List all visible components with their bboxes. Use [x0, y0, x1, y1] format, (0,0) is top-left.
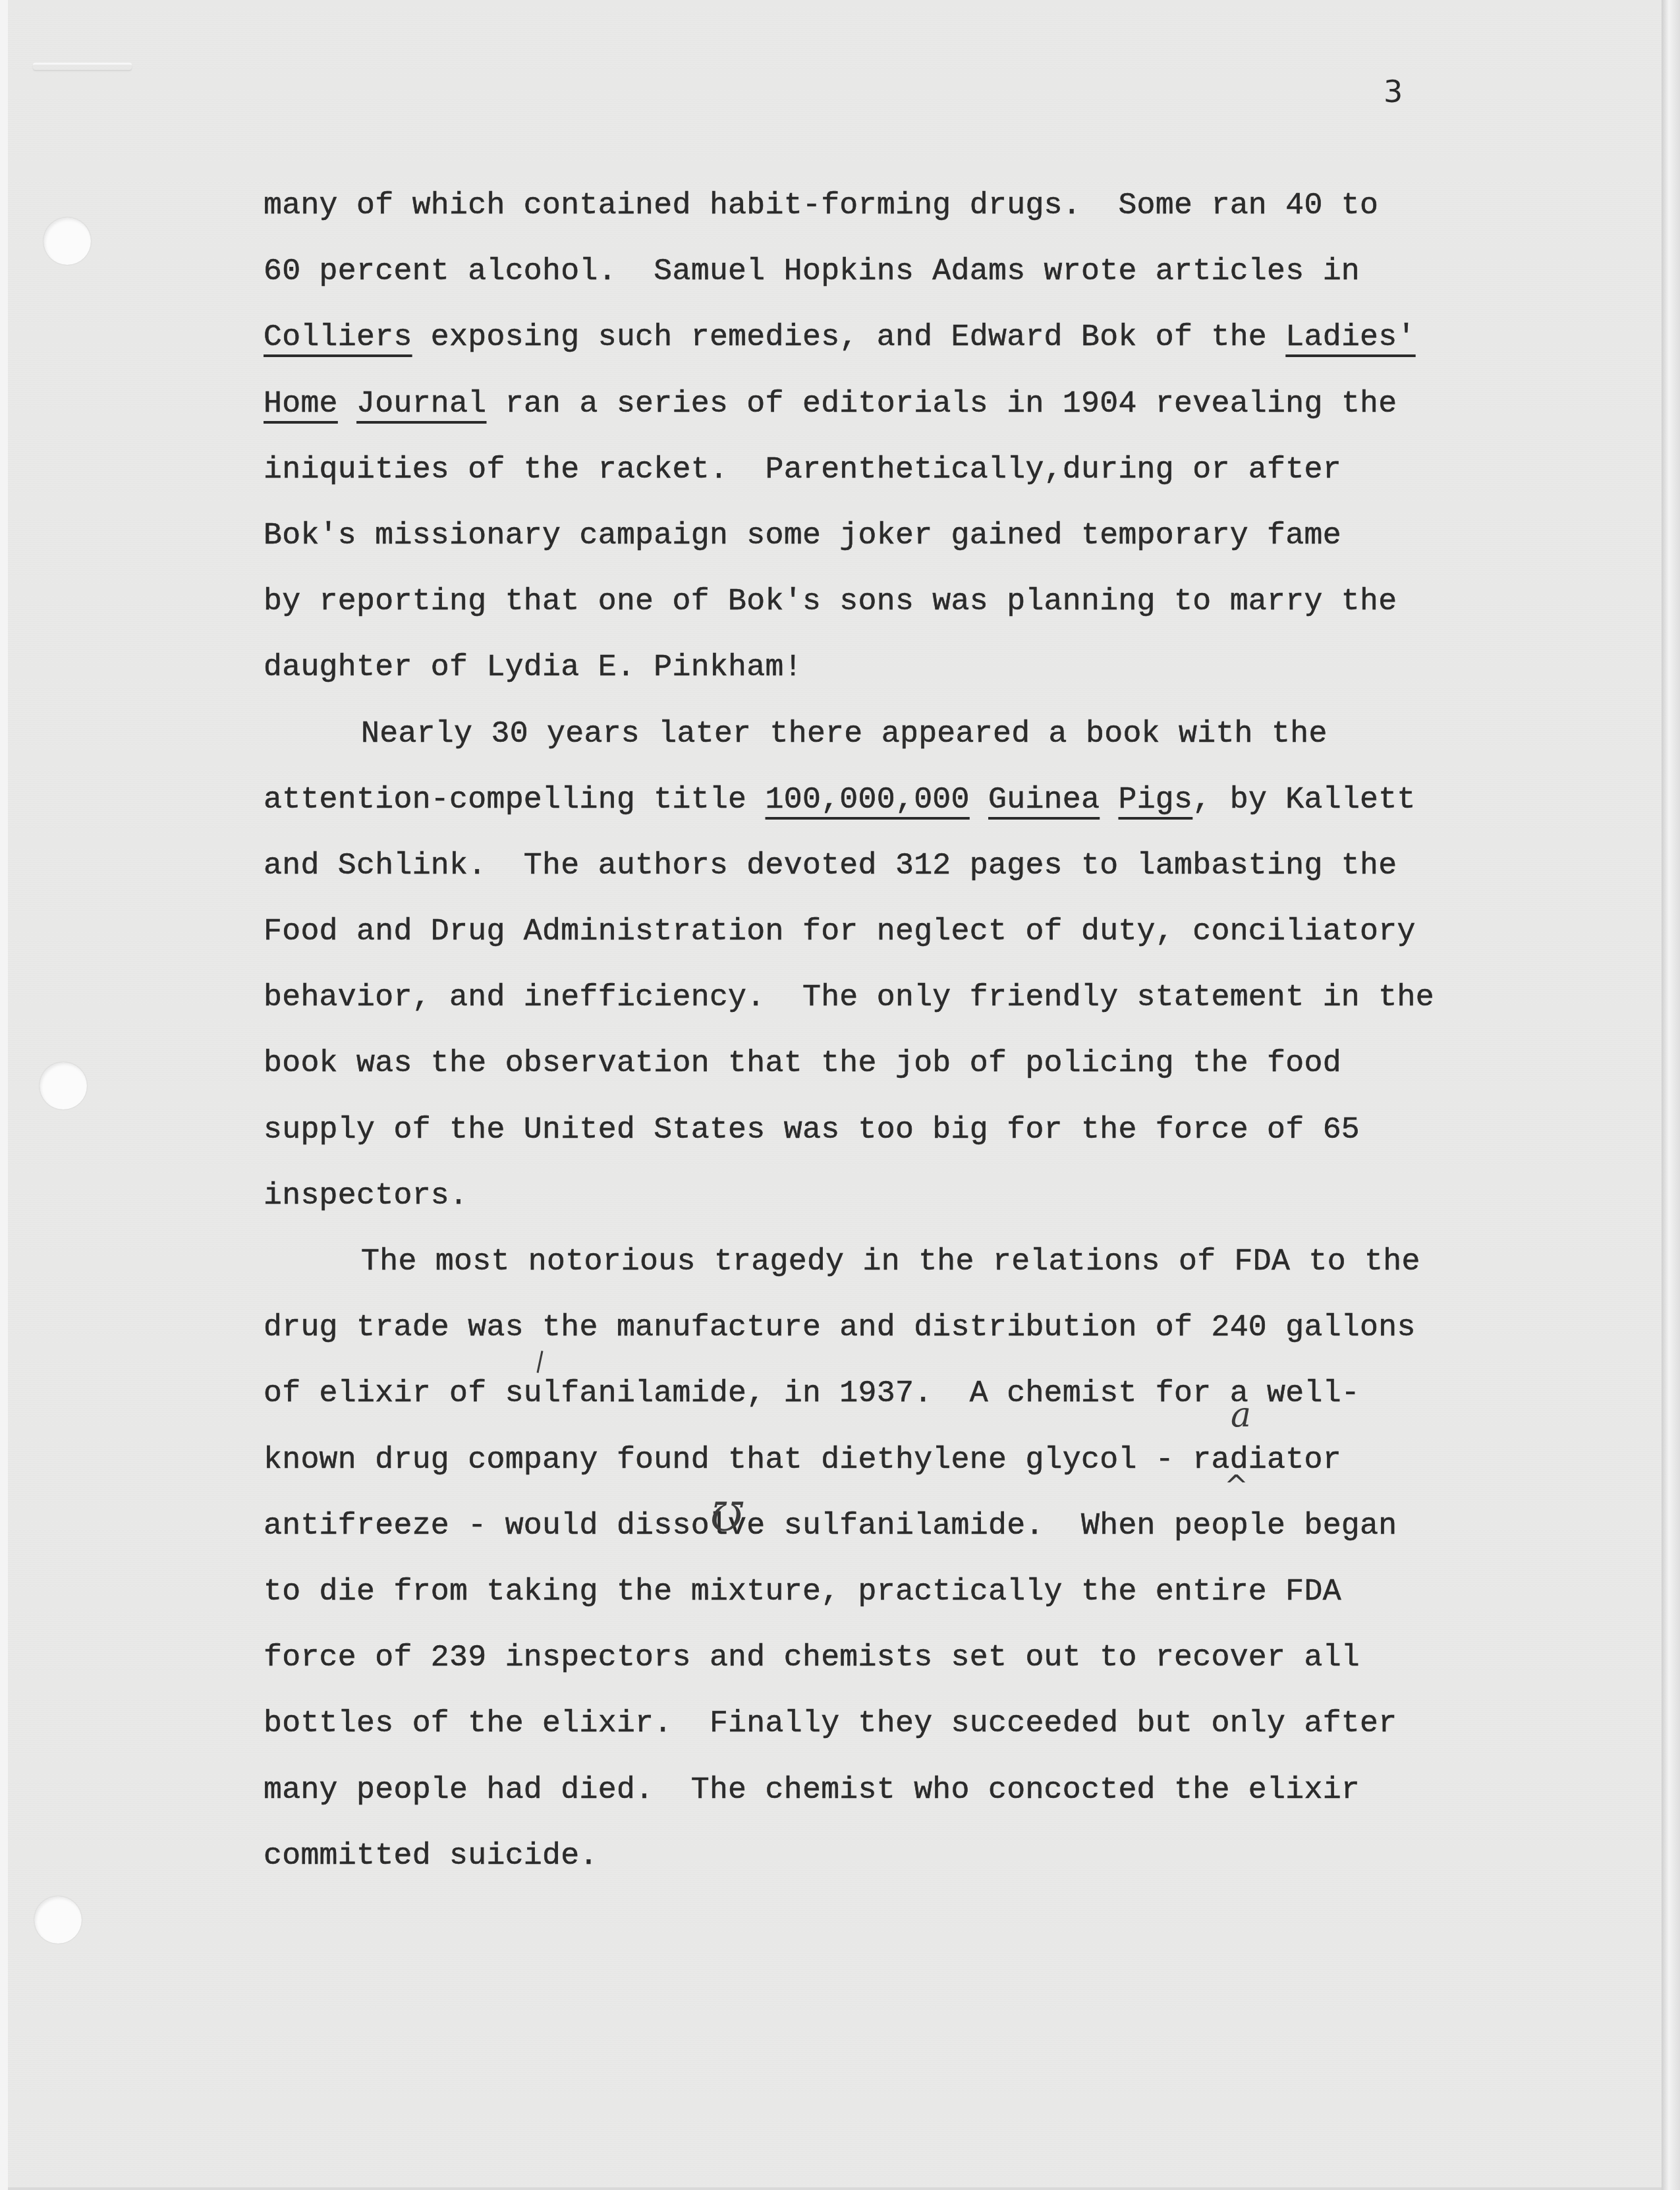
- text-line: force of 239 inspectors and chemists set…: [264, 1625, 1515, 1691]
- text-line: 60 percent alcohol. Samuel Hopkins Adams…: [264, 239, 1515, 304]
- text-segment: attention-compelling title: [264, 782, 766, 817]
- text-segment: [338, 386, 356, 421]
- underlined-title: Home: [264, 386, 338, 421]
- text-line: many people had died. The chemist who co…: [264, 1757, 1515, 1823]
- underlined-title: Pigs: [1118, 782, 1192, 817]
- punch-hole-middle: [40, 1062, 87, 1109]
- handwritten-transposition-loop: ℧: [710, 1494, 743, 1540]
- text-line: iniquities of the racket. Parentheticall…: [264, 437, 1515, 503]
- document-page: 3 many of which contained habit-forming …: [0, 0, 1662, 2187]
- page-number: 3: [1384, 74, 1403, 109]
- text-line: Bok's missionary campaign some joker gai…: [264, 503, 1515, 569]
- text-line: Home Journal ran a series of editorials …: [264, 371, 1515, 437]
- text-line: of elixir of sulfanilamide, in 1937. A c…: [264, 1361, 1515, 1426]
- text-line: antifreeze - would dissolve sulfanilamid…: [264, 1493, 1515, 1559]
- text-line: known drug company found that diethylene…: [264, 1427, 1515, 1493]
- paragraph: many of which contained habit-forming dr…: [264, 173, 1515, 701]
- text-segment: ran a series of editorials in 1904 revea…: [486, 386, 1397, 421]
- text-line: book was the observation that the job of…: [264, 1030, 1515, 1096]
- text-line: daughter of Lydia E. Pinkham!: [264, 634, 1515, 700]
- text-line: drug trade was the manufacture and distr…: [264, 1295, 1515, 1361]
- handwritten-inserted-a: a: [1231, 1395, 1251, 1435]
- text-line: The most notorious tragedy in the relati…: [264, 1229, 1515, 1295]
- typed-body-text: many of which contained habit-forming dr…: [264, 173, 1515, 1889]
- underlined-title: Journal: [356, 386, 486, 421]
- text-segment: [970, 782, 988, 817]
- text-line: to die from taking the mixture, practica…: [264, 1559, 1515, 1625]
- text-segment: [1100, 782, 1118, 817]
- text-line: committed suicide.: [264, 1823, 1515, 1889]
- text-line: behavior, and inefficiency. The only fri…: [264, 965, 1515, 1030]
- text-line: Nearly 30 years later there appeared a b…: [264, 701, 1515, 767]
- text-segment: , by Kallett: [1192, 782, 1415, 817]
- punch-hole-top: [43, 217, 91, 265]
- page-right-edge: [1662, 0, 1680, 2190]
- text-line: Colliers exposing such remedies, and Edw…: [264, 304, 1515, 370]
- text-line: attention-compelling title 100,000,000 G…: [264, 767, 1515, 833]
- staple-mark: [33, 63, 132, 70]
- punch-hole-bottom: [34, 1896, 82, 1944]
- text-line: inspectors.: [264, 1163, 1515, 1229]
- underlined-title: Colliers: [264, 320, 412, 354]
- text-line: bottles of the elixir. Finally they succ…: [264, 1691, 1515, 1756]
- text-line: Food and Drug Administration for neglect…: [264, 899, 1515, 965]
- scan-left-edge: [0, 0, 8, 2190]
- text-line: supply of the United States was too big …: [264, 1097, 1515, 1163]
- underlined-title: 100,000,000: [766, 782, 970, 817]
- underlined-title: Guinea: [988, 782, 1100, 817]
- handwritten-insertion-caret: ^: [1224, 1469, 1248, 1503]
- paragraph: Nearly 30 years later there appeared a b…: [264, 701, 1515, 1229]
- text-line: many of which contained habit-forming dr…: [264, 173, 1515, 239]
- text-line: by reporting that one of Bok's sons was …: [264, 569, 1515, 634]
- text-line: and Schlink. The authors devoted 312 pag…: [264, 833, 1515, 899]
- text-segment: exposing such remedies, and Edward Bok o…: [412, 320, 1286, 354]
- paragraph: The most notorious tragedy in the relati…: [264, 1229, 1515, 1889]
- underlined-title: Ladies': [1285, 320, 1415, 354]
